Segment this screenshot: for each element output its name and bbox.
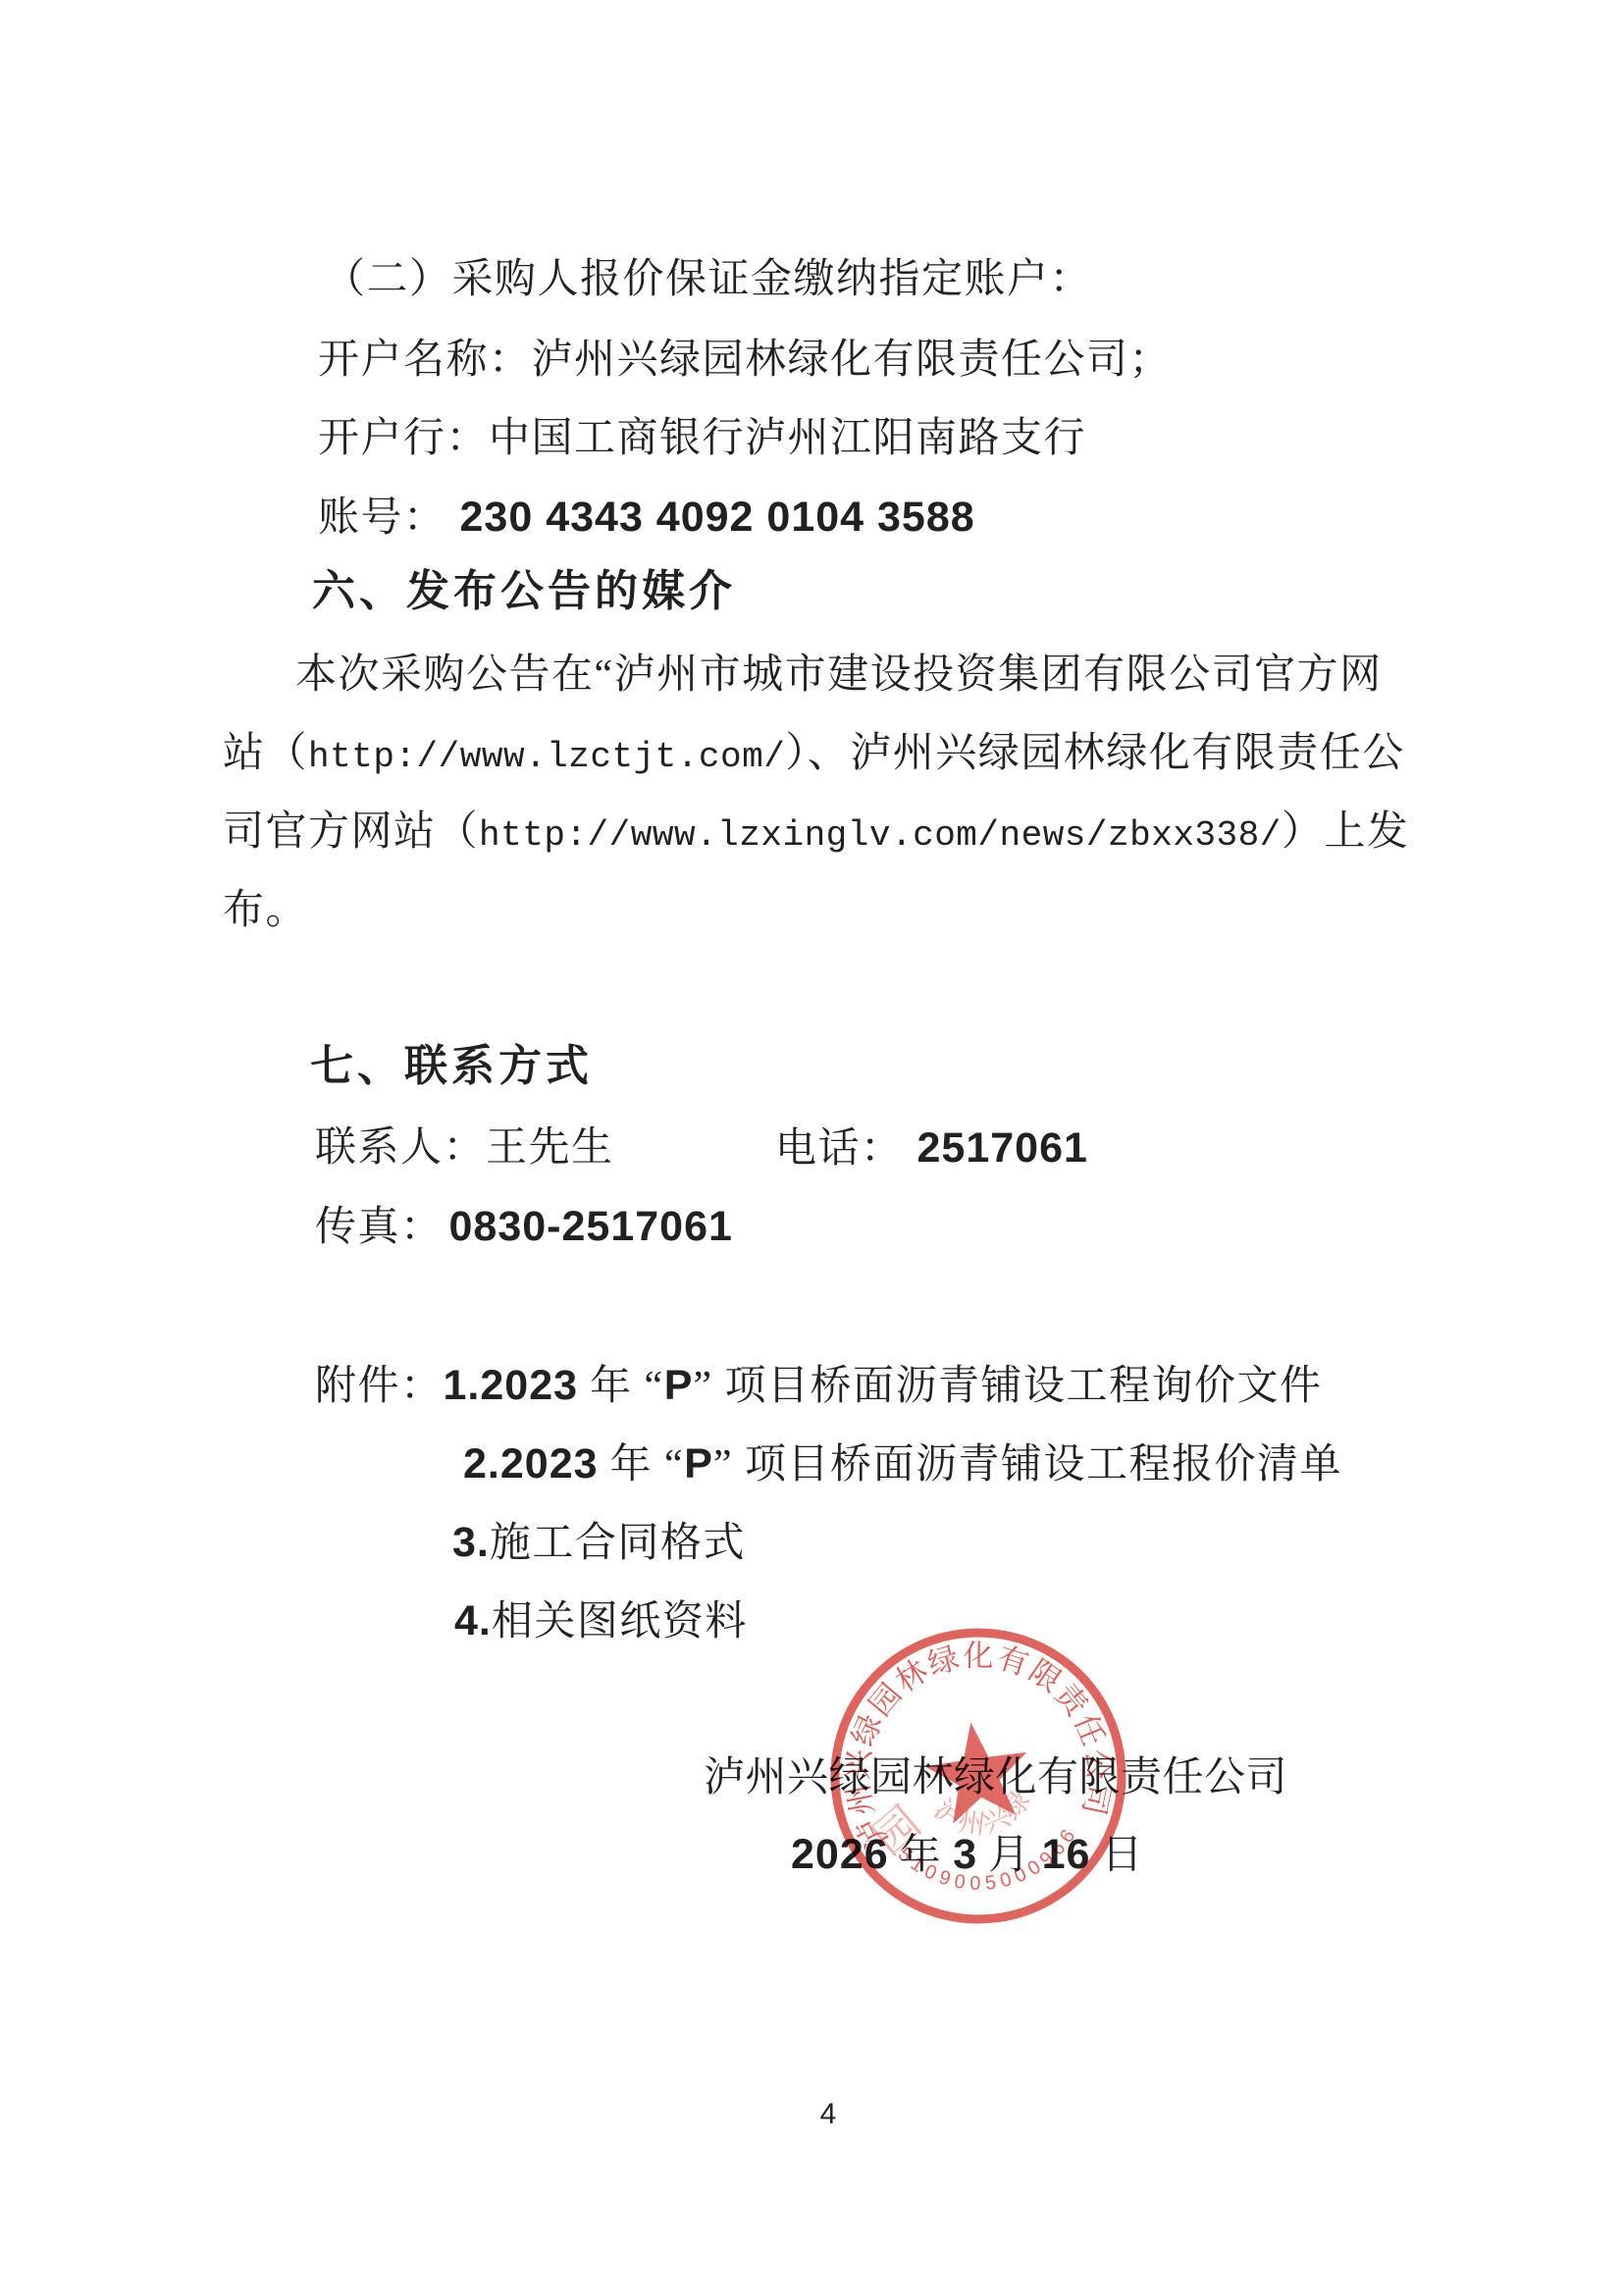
attachments-label: 附件： xyxy=(315,1364,444,1409)
media-paragraph-line-4: 布。 xyxy=(223,870,308,951)
document-page: （二）采购人报价保证金缴纳指定账户： 开户名称：泸州兴绿园林绿化有限责任公司； … xyxy=(0,0,1623,2296)
section-heading-media: 六、发布公告的媒介 xyxy=(312,551,736,632)
contact-person-label: 联系人： xyxy=(315,1125,486,1171)
subsection-title-account: （二）采购人报价保证金缴纳指定账户： xyxy=(324,239,1092,320)
attachment-item-4: 4.相关图纸资料 xyxy=(454,1581,748,1661)
section-heading-contact: 七、联系方式 xyxy=(310,1026,593,1107)
attachment-3-number: 3. xyxy=(452,1519,490,1566)
attachment-1-p: P xyxy=(664,1362,694,1409)
page-number: 4 xyxy=(807,2088,850,2141)
account-number-label: 账号： xyxy=(318,496,446,541)
attachment-item-1: 附件：1.2023 年 “P” 项目桥面沥青铺设工程询价文件 xyxy=(315,1345,1323,1426)
media-line3-post: ）上发 xyxy=(1282,809,1410,855)
account-name-value: 泸州兴绿园林绿化有限责任公司； xyxy=(532,338,1173,383)
phone-label: 电话： xyxy=(775,1126,904,1172)
attachment-item-3: 3.施工合同格式 xyxy=(452,1502,746,1583)
fax-number: 0830-2517061 xyxy=(449,1203,733,1250)
media-line2-pre: 站（ xyxy=(223,731,308,776)
bank-value: 中国工商银行泸州江阳南路支行 xyxy=(489,416,1086,461)
phone-line: 电话：2517061 xyxy=(775,1108,1088,1188)
media-line3-pre: 司官方网站（ xyxy=(223,809,479,855)
attachment-1-number: 1.2023 xyxy=(444,1362,579,1409)
media-paragraph-line-3: 司官方网站（http://www.lzxinglv.com/news/zbxx3… xyxy=(223,792,1409,872)
attachment-1-text-a: 年 “ xyxy=(578,1364,664,1409)
contact-person-name: 王先生 xyxy=(486,1125,614,1171)
account-number-value: 230 4343 4092 0104 3588 xyxy=(460,494,975,541)
website-url-lzxinglv: http://www.lzxinglv.com/news/zbxx338/ xyxy=(479,815,1282,856)
phone-number: 2517061 xyxy=(917,1124,1088,1172)
media-paragraph-line-1: 本次采购公告在“泸州市城市建设投资集团有限公司官方网 xyxy=(295,635,1383,715)
attachment-2-text-a: 年 “ xyxy=(599,1442,685,1487)
attachment-1-text-b: ” 项目桥面沥青铺设工程询价文件 xyxy=(693,1364,1322,1409)
attachment-4-number: 4. xyxy=(454,1597,492,1644)
bank-line: 开户行：中国工商银行泸州江阳南路支行 xyxy=(318,398,1086,479)
fax-label: 传真： xyxy=(315,1205,444,1250)
attachment-2-p: P xyxy=(684,1440,713,1487)
media-line2-post: ）、泸州兴绿园林绿化有限责任公 xyxy=(785,731,1405,776)
attachment-2-text-b: ” 项目桥面沥青铺设工程报价清单 xyxy=(713,1442,1342,1487)
bank-label: 开户行： xyxy=(318,416,489,461)
account-name-line: 开户名称：泸州兴绿园林绿化有限责任公司； xyxy=(318,320,1172,400)
account-number-line: 账号：230 4343 4092 0104 3588 xyxy=(318,477,975,557)
attachment-item-2: 2.2023 年 “P” 项目桥面沥青铺设工程报价清单 xyxy=(463,1424,1342,1504)
website-url-lzctjt: http://www.lzctjt.com/ xyxy=(308,737,785,777)
seal-graphic: 泸州兴绿园林绿化有限责任公司 5109005000966 泸州兴绿 园 xyxy=(829,1627,1127,1925)
attachment-2-number: 2.2023 xyxy=(463,1440,599,1487)
contact-person-line: 联系人：王先生 xyxy=(315,1108,614,1188)
fax-line: 传真：0830-2517061 xyxy=(315,1186,733,1267)
media-paragraph-line-2: 站（http://www.lzctjt.com/）、泸州兴绿园林绿化有限责任公 xyxy=(223,713,1405,794)
attachment-4-text: 相关图纸资料 xyxy=(492,1599,748,1644)
attachment-3-text: 施工合同格式 xyxy=(490,1521,746,1566)
account-name-label: 开户名称： xyxy=(318,338,532,383)
company-seal-stamp: 泸州兴绿园林绿化有限责任公司 5109005000966 泸州兴绿 园 xyxy=(829,1627,1127,1925)
